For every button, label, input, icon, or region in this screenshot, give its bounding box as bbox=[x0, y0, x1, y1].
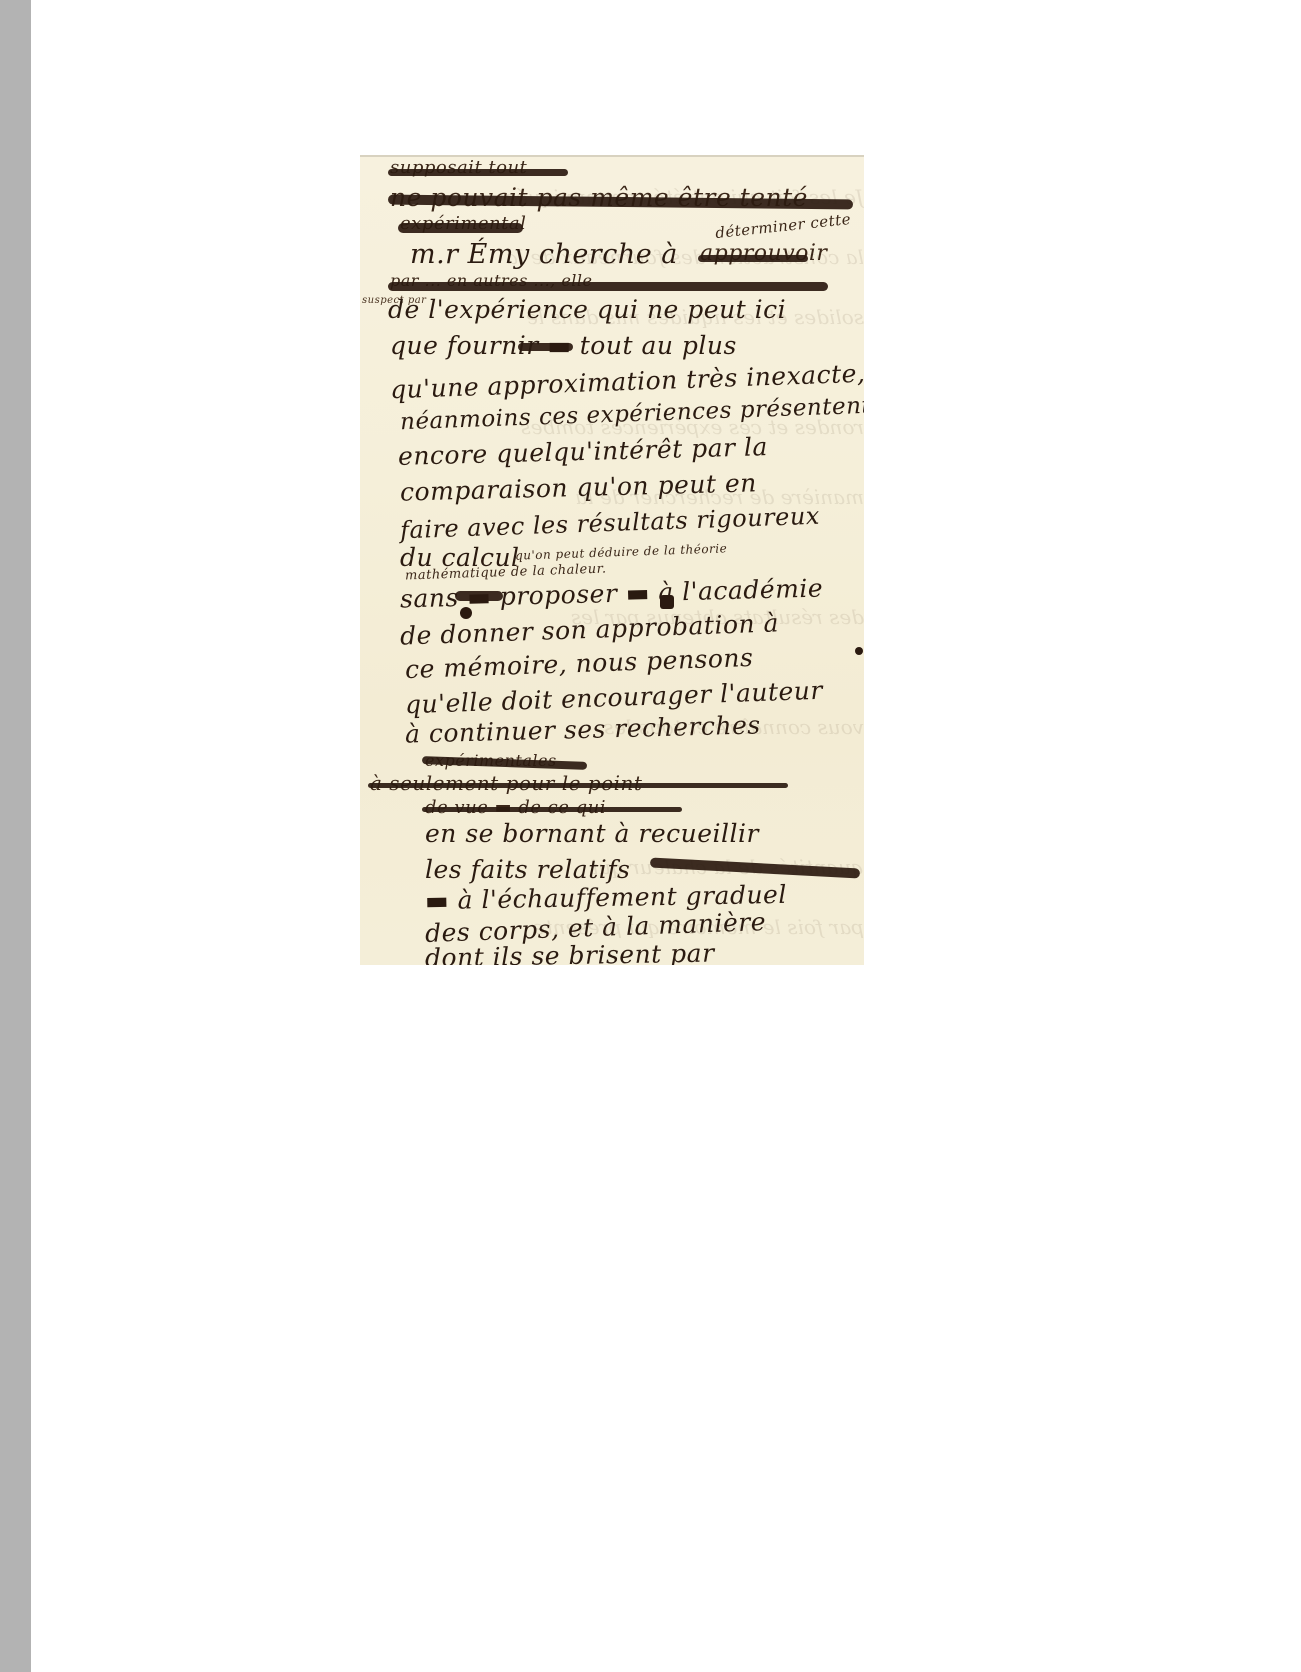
strike-through bbox=[388, 282, 828, 291]
manuscript-scan: Je les fait qui ont été communiqués la c… bbox=[360, 155, 864, 965]
strike-through bbox=[368, 783, 788, 788]
ink-blot-strike bbox=[518, 343, 573, 351]
interlinear-insertion: déterminer cette bbox=[714, 210, 851, 242]
ink-blot-strike bbox=[455, 591, 503, 601]
strike-through bbox=[388, 169, 568, 176]
manuscript-line: en se bornant à recueillir bbox=[425, 819, 759, 848]
ink-blot bbox=[660, 595, 674, 609]
ink-blot bbox=[855, 647, 863, 655]
manuscript-line: les faits relatifs bbox=[425, 855, 630, 884]
document-page: Je les fait qui ont été communiqués la c… bbox=[0, 0, 1301, 1672]
strike-through bbox=[422, 807, 682, 812]
struck-word: approuvoir bbox=[700, 241, 827, 266]
left-gray-bar bbox=[0, 0, 31, 1672]
strike-through bbox=[698, 255, 808, 262]
manuscript-line: dont ils se brisent par bbox=[425, 938, 715, 965]
strike-through bbox=[398, 223, 523, 233]
manuscript-line: m.r Émy cherche à bbox=[410, 239, 678, 270]
interlinear-insertion: qu'on peut déduire de la théorie bbox=[515, 541, 728, 562]
manuscript-line: qu'elle doit encourager l'auteur bbox=[405, 676, 824, 720]
manuscript-line: ce mémoire, nous pensons bbox=[405, 643, 754, 684]
ink-blot bbox=[460, 607, 472, 619]
manuscript-line: de l'expérience qui ne peut ici bbox=[388, 295, 786, 324]
